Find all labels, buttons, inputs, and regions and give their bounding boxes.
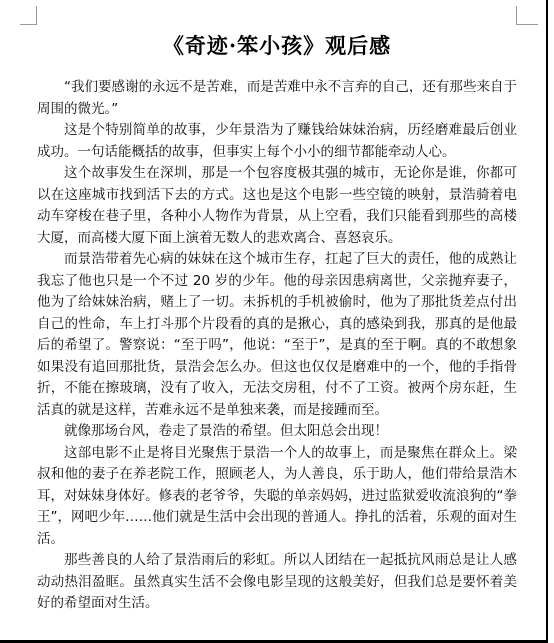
paragraph: 这个故事发生在深圳，那是一个包容度极其强的城市，无论你是谁，你都可以在这座城市找… (37, 163, 517, 249)
paragraph: 那些善良的人给了景浩雨后的彩虹。所以人团结在一起抵抗风雨总是让人感动动热泪盈眶。… (37, 550, 517, 615)
paragraph: 而景浩带着先心病的妹妹在这个城市生存，扛起了巨大的责任，他的成熟让我忘了他也只是… (37, 249, 517, 421)
text-boundary-mark-top-right (516, 6, 538, 25)
paragraph: 这部电影不止是将目光聚焦于景浩一个人的故事上，而是聚焦在群众上。梁叔和他的妻子在… (37, 443, 517, 551)
document-body: “我们要感谢的永远不是苦难，而是苦难中永不言弃的自己，还有那些来自于周围的微光。… (37, 77, 517, 615)
paragraph: 就像那场台风，卷走了景浩的希望。但太阳总会出现！ (37, 421, 517, 443)
text-boundary-mark-top-left (20, 6, 37, 25)
page-right-edge (546, 0, 548, 643)
document-page: 《奇迹·笨小孩》观后感 “我们要感谢的永远不是苦难，而是苦难中永不言弃的自己，还… (0, 0, 554, 643)
document-title: 《奇迹·笨小孩》观后感 (37, 30, 517, 60)
paragraph: “我们要感谢的永远不是苦难，而是苦难中永不言弃的自己，还有那些来自于周围的微光。… (37, 77, 517, 120)
paragraph: 这是个特别简单的故事，少年景浩为了赚钱给妹妹治病，历经磨难最后创业成功。一句话能… (37, 120, 517, 163)
